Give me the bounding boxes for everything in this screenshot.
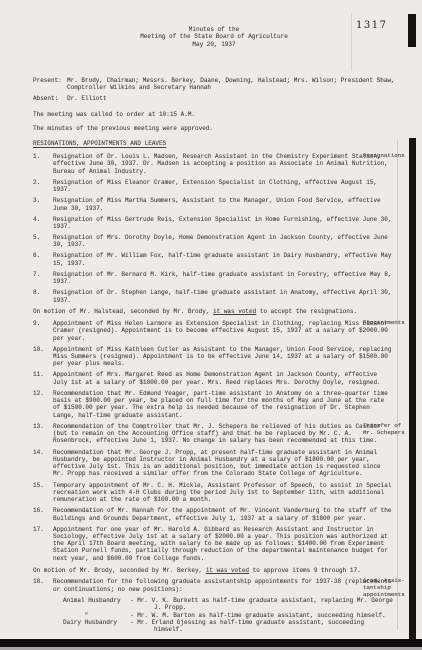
item-9-text: Appointment of Miss Helen Larmore as Ext… bbox=[53, 320, 393, 342]
item-7-text: Resignation of Mr. Bernard M. Kirk, half… bbox=[53, 271, 393, 286]
item-1-text: Resignation of Dr. Louis L. Madsen, Rese… bbox=[53, 153, 393, 175]
item-5: 5. Resignation of Mrs. Dorothy Doyle, Ho… bbox=[33, 234, 395, 249]
item-2-text: Resignation of Miss Eleanor Cramer, Exte… bbox=[53, 179, 393, 194]
item-3-number: 3. bbox=[33, 197, 53, 212]
motion-approve-items: On motion of Mr. Brody, seconded by Mr. … bbox=[33, 567, 395, 574]
item-14: 14. Recommendation that Mr. George J. Pr… bbox=[33, 449, 395, 478]
margin-note-transfer: Transfer of Mr. Schepers bbox=[363, 422, 409, 436]
item-18-number: 18. bbox=[33, 578, 53, 593]
item-12-text: Recommendation that Mr. Edmund Yeager, p… bbox=[53, 390, 393, 419]
absent-names: Dr. Elliott bbox=[67, 95, 395, 102]
margin-note-resignations: Resignations bbox=[363, 152, 409, 159]
item-13: 13. Recommendation of the Comptroller th… bbox=[33, 423, 395, 445]
item-11: 11. Appointment of Mrs. Margaret Reed as… bbox=[33, 371, 395, 386]
opening-block: The meeting was called to order at 10:15… bbox=[33, 111, 395, 132]
attendance-block: Present: Mr. Brody, Chairman; Messrs. Be… bbox=[33, 77, 395, 103]
sublist-appointee: - Mr. V. K. Burkett as half-time graduat… bbox=[130, 597, 395, 612]
margin-note-grad-assistantship: Grad. Assis- tantship appointments bbox=[363, 577, 409, 598]
motion-accept-resignations: On motion of Mr. Halstead, seconded by M… bbox=[33, 308, 395, 315]
item-7-number: 7. bbox=[33, 271, 53, 286]
sublist-appointee: - Mr. W. M. Barton as half-time graduate… bbox=[130, 612, 395, 619]
item-15-number: 15. bbox=[33, 482, 53, 504]
present-row: Present: Mr. Brody, Chairman; Messrs. Be… bbox=[33, 77, 395, 92]
item-16-text: Recommendation of Mr. Hannah for the app… bbox=[53, 507, 393, 522]
sublist-department: Animal Husbandry bbox=[63, 597, 130, 612]
item-1: 1. Resignation of Dr. Louis L. Madsen, R… bbox=[33, 153, 395, 175]
present-label: Present: bbox=[33, 77, 67, 92]
item-15-text: Temporary appointment of Mr. C. H. Mickl… bbox=[53, 482, 393, 504]
document-content: Minutes of the Meeting of the State Boar… bbox=[33, 26, 395, 633]
scanned-minutes-page: 1317 Minutes of the Meeting of the State… bbox=[0, 0, 422, 650]
title-line-2: Meeting of the State Board of Agricultur… bbox=[33, 33, 395, 40]
item-10: 10. Appointment of Miss Kathleen Cutler … bbox=[33, 346, 395, 368]
item-5-number: 5. bbox=[33, 234, 53, 249]
sublist-appointee: - Mr. Erland Gjessing as half-time gradu… bbox=[130, 619, 395, 634]
item-4: 4. Resignation of Miss Gertrude Reis, Ex… bbox=[33, 216, 395, 231]
item-12-number: 12. bbox=[33, 390, 53, 419]
item-8: 8. Resignation of Dr. Stephen Lange, hal… bbox=[33, 289, 395, 304]
item-6-text: Resignation of Mr. William Fox, half-tim… bbox=[53, 252, 393, 267]
item-11-number: 11. bbox=[33, 371, 53, 386]
item-5-text: Resignation of Mrs. Dorothy Doyle, Home … bbox=[53, 234, 393, 249]
item-17-number: 17. bbox=[33, 526, 53, 562]
item-6: 6. Resignation of Mr. William Fox, half-… bbox=[33, 252, 395, 267]
item-8-number: 8. bbox=[33, 289, 53, 304]
photo-edge-top bbox=[408, 14, 416, 47]
absent-label: Absent: bbox=[33, 95, 67, 102]
item-18-text: Recommendation for the following graduat… bbox=[53, 578, 393, 593]
item-7: 7. Resignation of Mr. Bernard M. Kirk, h… bbox=[33, 271, 395, 286]
item-14-number: 14. bbox=[33, 449, 53, 478]
it-was-voted-underline: it was voted bbox=[206, 567, 249, 574]
photo-edge-right bbox=[409, 138, 416, 639]
item-10-text: Appointment of Miss Kathleen Cutler as A… bbox=[53, 346, 393, 368]
item-4-text: Resignation of Miss Gertrude Reis, Exten… bbox=[53, 216, 393, 231]
minutes-approved-text: The minutes of the previous meeting were… bbox=[33, 125, 395, 132]
item-13-text: Recommendation of the Comptroller that M… bbox=[53, 423, 393, 445]
called-to-order-text: The meeting was called to order at 10:15… bbox=[33, 111, 395, 118]
item-17-text: Appointment for one year of Mr. Harold A… bbox=[53, 526, 393, 562]
photo-edge-bottom bbox=[0, 639, 422, 647]
item-1-number: 1. bbox=[33, 153, 53, 175]
item-13-number: 13. bbox=[33, 423, 53, 445]
item-14-text: Recommendation that Mr. George J. Propp,… bbox=[53, 449, 393, 478]
item-9: 9. Appointment of Miss Helen Larmore as … bbox=[33, 320, 395, 342]
item-3-text: Resignation of Miss Martha Summers, Assi… bbox=[53, 197, 393, 212]
present-names: Mr. Brody, Chairman; Messrs. Berkey, Daa… bbox=[67, 77, 395, 92]
document-title: Minutes of the Meeting of the State Boar… bbox=[33, 26, 395, 48]
title-line-3: May 20, 1937 bbox=[33, 41, 395, 48]
item-16: 16. Recommendation of Mr. Hannah for the… bbox=[33, 507, 395, 522]
page-crease-line bbox=[397, 140, 398, 630]
item-2: 2. Resignation of Miss Eleanor Cramer, E… bbox=[33, 179, 395, 194]
title-line-1: Minutes of the bbox=[33, 26, 395, 33]
item-18: 18. Recommendation for the following gra… bbox=[33, 578, 395, 593]
item-17: 17. Appointment for one year of Mr. Haro… bbox=[33, 526, 395, 562]
item-9-number: 9. bbox=[33, 320, 53, 342]
sublist-row-animal-husbandry-2: " - Mr. W. M. Barton as half-time gradua… bbox=[63, 612, 395, 619]
item-8-text: Resignation of Dr. Stephen Lange, half-t… bbox=[53, 289, 393, 304]
item-12: 12. Recommendation that Mr. Edmund Yeage… bbox=[33, 390, 395, 419]
item-16-number: 16. bbox=[33, 507, 53, 522]
sublist-row-animal-husbandry-1: Animal Husbandry - Mr. V. K. Burkett as … bbox=[63, 597, 395, 612]
item-3: 3. Resignation of Miss Martha Summers, A… bbox=[33, 197, 395, 212]
sublist-department: Dairy Husbandry bbox=[63, 619, 130, 634]
it-was-voted-underline: it was voted bbox=[213, 308, 256, 315]
item-10-number: 10. bbox=[33, 346, 53, 368]
item-4-number: 4. bbox=[33, 216, 53, 231]
item-2-number: 2. bbox=[33, 179, 53, 194]
item-6-number: 6. bbox=[33, 252, 53, 267]
grad-assistantship-list: Animal Husbandry - Mr. V. K. Burkett as … bbox=[63, 597, 395, 633]
absent-row: Absent: Dr. Elliott bbox=[33, 95, 395, 102]
margin-note-appointments: Appointments bbox=[363, 319, 409, 326]
section-heading: RESIGNATIONS, APPOINTMENTS AND LEAVES bbox=[33, 140, 395, 147]
item-15: 15. Temporary appointment of Mr. C. H. M… bbox=[33, 482, 395, 504]
sublist-department-ditto: " bbox=[63, 612, 130, 619]
sublist-row-dairy-husbandry: Dairy Husbandry - Mr. Erland Gjessing as… bbox=[63, 619, 395, 634]
item-11-text: Appointment of Mrs. Margaret Reed as Hom… bbox=[53, 371, 393, 386]
